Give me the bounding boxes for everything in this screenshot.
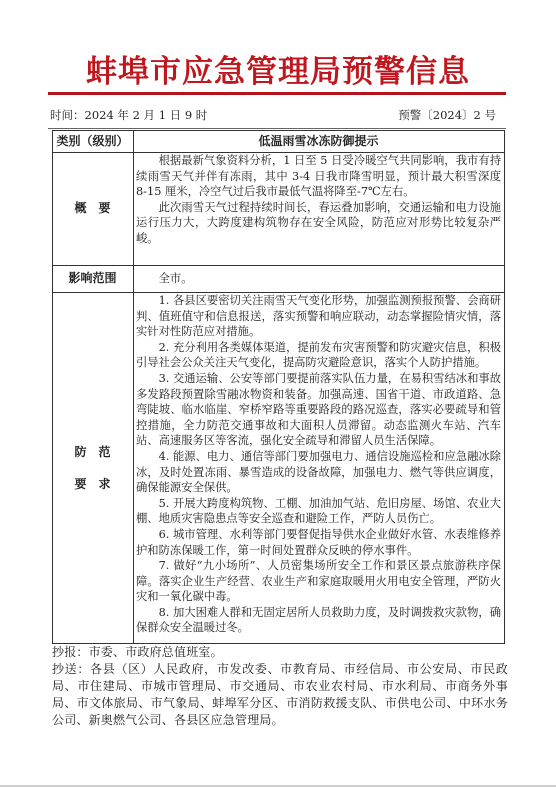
distribution-footer: 抄报：市委、市政府总值班室。 抄送：各县（区）人民政府，市发改委、市教育局、市经… bbox=[52, 644, 508, 729]
requirement-item: 3. 交通运输、公安等部门要提前落实队伍力量，在易积雪结冰和事故多发路段预置除雪… bbox=[136, 371, 501, 449]
requirements-label-line2: 要 求 bbox=[55, 468, 130, 500]
category-value: 低温雨雪冰冻防御提示 bbox=[134, 131, 505, 153]
title-red-divider bbox=[48, 92, 506, 95]
summary-content: 根据最新气象资料分析，1 日至 5 日受冷暖空气共同影响，我市有持续雨雪天气并伴… bbox=[134, 153, 505, 266]
warning-table: 类别（级别） 低温雨雪冰冻防御提示 概 要 根据最新气象资料分析，1 日至 5 … bbox=[52, 130, 505, 644]
meta-row: 时间：2024 年 2 月 1 日 9 时 预警〔2024〕2 号 bbox=[50, 106, 506, 124]
requirement-item: 4. 能源、电力、通信等部门要加强电力、通信设施巡检和应急融冰除冰，及时处置冻雨… bbox=[136, 449, 501, 496]
cc-send: 抄送：各县（区）人民政府，市发改委、市教育局、市经信局、市公安局、市民政局、市住… bbox=[52, 661, 508, 729]
category-label: 类别（级别） bbox=[53, 131, 134, 153]
cc-report: 抄报：市委、市政府总值班室。 bbox=[52, 644, 508, 661]
requirement-item: 8. 加大困难人群和无固定居所人员救助力度，及时调拨救灾款物，确保群众安全温暖过… bbox=[136, 605, 501, 636]
scope-value: 全市。 bbox=[136, 271, 501, 287]
requirement-item: 6. 城市管理、水利等部门要督促指导供水企业做好水管、水表维修养护和防冻保暖工作… bbox=[136, 527, 501, 558]
table-row-category: 类别（级别） 低温雨雪冰冻防御提示 bbox=[53, 131, 505, 153]
document-title: 蚌埠市应急管理局预警信息 bbox=[50, 52, 506, 92]
table-row-scope: 影响范围 全市。 bbox=[53, 266, 505, 293]
document-number: 预警〔2024〕2 号 bbox=[398, 106, 496, 124]
requirements-label: 防 范 要 求 bbox=[53, 293, 134, 644]
table-row-requirements: 防 范 要 求 1. 各县区要密切关注雨雪天气变化形势，加强监测预报预警、会商研… bbox=[53, 293, 505, 644]
requirements-content: 1. 各县区要密切关注雨雪天气变化形势，加强监测预报预警、会商研判、值班值守和信… bbox=[134, 293, 505, 644]
summary-paragraph: 根据最新气象资料分析，1 日至 5 日受冷暖空气共同影响，我市有持续雨雪天气并伴… bbox=[136, 153, 501, 200]
requirement-item: 1. 各县区要密切关注雨雪天气变化形势，加强监测预报预警、会商研判、值班值守和信… bbox=[136, 293, 501, 340]
requirement-item: 7. 做好“九小场所”、人员密集场所安全工作和景区景点旅游秩序保障。落实企业生产… bbox=[136, 558, 501, 605]
scope-label: 影响范围 bbox=[53, 266, 134, 293]
summary-paragraph: 此次雨雪天气过程持续时间长，春运叠加影响，交通运输和电力设施运行压力大，大跨度建… bbox=[136, 200, 501, 247]
meta-divider bbox=[48, 128, 506, 129]
table-row-summary: 概 要 根据最新气象资料分析，1 日至 5 日受冷暖空气共同影响，我市有持续雨雪… bbox=[53, 153, 505, 266]
scope-content: 全市。 bbox=[134, 266, 505, 293]
requirements-label-line1: 防 范 bbox=[55, 436, 130, 468]
issue-time: 时间：2024 年 2 月 1 日 9 时 bbox=[50, 106, 207, 124]
requirement-item: 5. 开展大跨度构筑物、工棚、加油加气站、危旧房屋、场馆、农业大棚、地质灾害隐患… bbox=[136, 496, 501, 527]
requirement-item: 2. 充分利用各类媒体渠道，提前发布灾害预警和防灾避灾信息，积极引导社会公众关注… bbox=[136, 340, 501, 371]
summary-label: 概 要 bbox=[53, 153, 134, 266]
